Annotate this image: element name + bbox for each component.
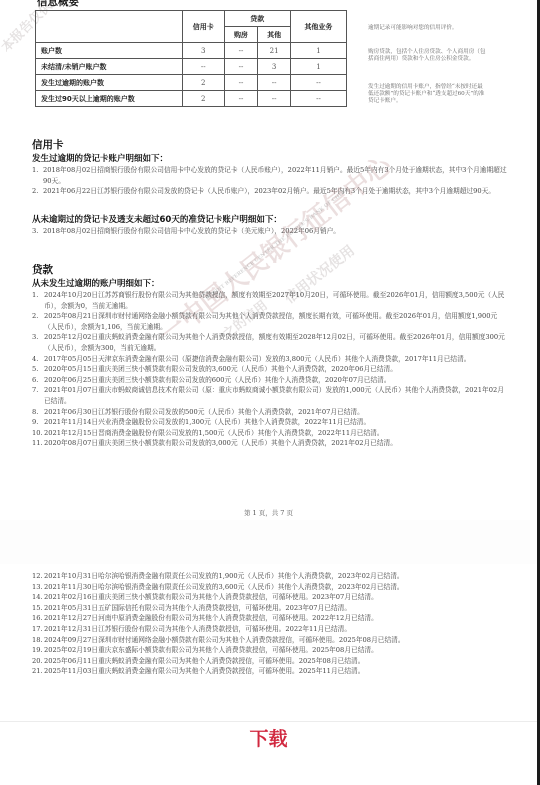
item-number: 4. bbox=[32, 354, 44, 365]
cell-credit-card: -- bbox=[182, 59, 224, 75]
item-text: 2018年08月02日招商银行股份有限公司信用卡中心发放的贷记卡（人民币账户），… bbox=[43, 165, 510, 186]
item-number: 12. bbox=[32, 571, 44, 582]
item-number: 21. bbox=[32, 666, 44, 677]
item-number: 2. bbox=[32, 311, 44, 332]
cell-other-business: 1 bbox=[290, 59, 346, 75]
list-item: 7.2021年01月07日重庆市蚂蚁商诚信息技术有限公司（原：重庆市蚂蚁商诚小额… bbox=[32, 385, 510, 406]
item-number: 7. bbox=[32, 385, 44, 406]
document-viewer[interactable]: 本报告仅供 信息概要 信用卡 贷款 其他业务 购房 其他 账户数 3 -- 21… bbox=[0, 0, 537, 785]
cell-other: -- bbox=[258, 75, 291, 91]
list-item: 18.2024年09月27日深圳市财付通网络金融小额贷款有限公司为其他个人消费贷… bbox=[32, 635, 510, 646]
list-item: 4.2017年05月05日天津京东消费金融有限公司（原捷信消费金融有限公司）发放… bbox=[32, 354, 510, 365]
loans-list-page2: 12.2021年10月31日哈尔滨哈银消费金融有限责任公司发放的1,900元（人… bbox=[32, 571, 510, 677]
summary-title: 信息概要 bbox=[37, 0, 79, 9]
loans-section-title: 贷款 bbox=[32, 262, 53, 277]
item-text: 2025年11月03日重庆蚂蚁消费金融有限公司为其他个人消费贷款授信，可循环使用… bbox=[44, 666, 510, 677]
item-number: 5. bbox=[32, 364, 44, 375]
item-number: 6. bbox=[32, 375, 44, 386]
item-number: 11. bbox=[32, 438, 44, 449]
item-text: 2025年12月02日重庆蚂蚁消费金融有限公司为其他个人消费贷款授信，额度有效期… bbox=[44, 332, 510, 353]
cell-other: 21 bbox=[258, 43, 291, 59]
list-item: 16.2021年12月27日河南中原消费金融股份有限公司为其他个人消费贷款授信，… bbox=[32, 613, 510, 624]
cell-housing: -- bbox=[224, 59, 258, 75]
report-page-1: 本报告仅供 信息概要 信用卡 贷款 其他业务 购房 其他 账户数 3 -- 21… bbox=[0, 0, 537, 520]
loans-clean-heading: 从未发生过逾期的账户明细如下： bbox=[32, 277, 160, 289]
item-number: 3. bbox=[32, 332, 44, 353]
item-number: 8. bbox=[32, 407, 44, 418]
list-item: 2.2025年08月21日深圳市财付通网络金融小额贷款有限公司为其他个人消费贷款… bbox=[32, 311, 510, 332]
list-item: 6.2020年06月25日重庆美团三快小额贷款有限公司发放的600元（人民币）其… bbox=[32, 375, 510, 386]
cell-credit-card: 2 bbox=[182, 91, 224, 107]
summary-row: 账户数 3 -- 21 1 bbox=[36, 43, 347, 59]
item-text: 2021年12月27日河南中原消费金融股份有限公司为其他个人消费贷款授信，可循环… bbox=[44, 613, 510, 624]
item-text: 2021年05月31日五矿国际信托有限公司为其他个人消费贷款授信，可循环使用。2… bbox=[44, 603, 510, 614]
item-text: 2021年12月31日江苏银行股份有限公司为其他个人消费贷款授信，可循环使用。2… bbox=[44, 624, 510, 635]
summary-corner-cell bbox=[36, 11, 183, 43]
item-text: 2021年11月14日兴业消费金融股份公司发放的1,300元（人民币）其他个人消… bbox=[44, 417, 510, 428]
credit-card-overdue-heading: 发生过逾期的贷记卡账户明细如下： bbox=[32, 152, 168, 164]
cell-other-business: 1 bbox=[290, 43, 346, 59]
item-text: 2021年01月07日重庆市蚂蚁商诚信息技术有限公司（原：重庆市蚂蚁商诚小额贷款… bbox=[44, 385, 510, 406]
header-loan-other: 其他 bbox=[258, 27, 291, 43]
item-number: 1. bbox=[32, 290, 44, 311]
row-label: 未结清/未销户账户数 bbox=[36, 59, 183, 75]
list-item: 20.2025年06月11日重庆蚂蚁消费金融有限公司为其他个人消费贷款授信，可循… bbox=[32, 656, 510, 667]
list-item: 14.2021年02月16日重庆美团三快小额贷款有限公司为其他个人消费贷款授信，… bbox=[32, 592, 510, 603]
list-item: 1. 2018年08月02日招商银行股份有限公司信用卡中心发放的贷记卡（人民币账… bbox=[32, 165, 510, 186]
credit-card-clean-list: 3. 2018年08月02日招商银行股份有限公司信用卡中心发放的贷记卡（美元账户… bbox=[32, 226, 510, 237]
cell-other: 3 bbox=[258, 59, 291, 75]
list-item: 1.2024年10月20日江苏苏商银行股份有限公司为其他贷款授信，额度有效期至2… bbox=[32, 290, 510, 311]
credit-card-clean-heading: 从未逾期过的贷记卡及透支未超过60天的准贷记卡账户明细如下： bbox=[32, 213, 282, 225]
header-loan-housing: 购房 bbox=[224, 27, 258, 43]
item-number: 1. bbox=[32, 165, 43, 186]
summary-row: 发生过逾期的账户数 2 -- -- -- bbox=[36, 75, 347, 91]
list-item: 19.2025年02月19日重庆京东盛际小额贷款有限公司为其他个人消费贷款授信，… bbox=[32, 645, 510, 656]
list-item: 12.2021年10月31日哈尔滨哈银消费金融有限责任公司发放的1,900元（人… bbox=[32, 571, 510, 582]
row-label: 账户数 bbox=[36, 43, 183, 59]
item-text: 2018年08月02日招商银行股份有限公司信用卡中心发放的贷记卡（美元账户），2… bbox=[43, 226, 510, 237]
item-text: 2021年06月22日江苏银行股份有限公司发放的贷记卡（人民币账户），2023年… bbox=[43, 186, 510, 197]
item-text: 2021年11月30日哈尔滨哈银消费金融有限责任公司发放的3,600元（人民币）… bbox=[44, 582, 510, 593]
summary-table: 信用卡 贷款 其他业务 购房 其他 账户数 3 -- 21 1 未结清/未销户账… bbox=[35, 10, 347, 107]
page-number-footer: 第 1 页，共 7 页 bbox=[0, 508, 537, 517]
download-button[interactable]: 下载 bbox=[243, 725, 293, 753]
item-text: 2017年05月05日天津京东消费金融有限公司（原捷信消费金融有限公司）发放的3… bbox=[44, 354, 510, 365]
cell-housing: -- bbox=[224, 43, 258, 59]
item-number: 16. bbox=[32, 613, 44, 624]
item-number: 18. bbox=[32, 635, 44, 646]
report-page-2: 12.2021年10月31日哈尔滨哈银消费金融有限责任公司发放的1,900元（人… bbox=[0, 564, 537, 722]
item-text: 2024年10月20日江苏苏商银行股份有限公司为其他贷款授信，额度有效期至202… bbox=[44, 290, 510, 311]
cell-credit-card: 3 bbox=[182, 43, 224, 59]
item-number: 15. bbox=[32, 603, 44, 614]
row-label: 发生过逾期的账户数 bbox=[36, 75, 183, 91]
header-credit-card: 信用卡 bbox=[182, 11, 224, 43]
item-text: 2021年02月16日重庆美团三快小额贷款有限公司为其他个人消费贷款授信，可循环… bbox=[44, 592, 510, 603]
item-text: 2025年02月19日重庆京东盛际小额贷款有限公司为其他个人消费贷款授信，可循环… bbox=[44, 645, 510, 656]
cell-other: -- bbox=[258, 91, 291, 107]
item-text: 2021年06月30日江苏银行股份有限公司发放的500元（人民币）其他个人消费贷… bbox=[44, 407, 510, 418]
item-text: 2020年08月07日重庆美团三快小额贷款有限公司发放的3,000元（人民币）其… bbox=[44, 438, 510, 449]
item-text: 2021年10月31日哈尔滨哈银消费金融有限责任公司发放的1,900元（人民币）… bbox=[44, 571, 510, 582]
cell-other-business: -- bbox=[290, 75, 346, 91]
list-item: 3. 2018年08月02日招商银行股份有限公司信用卡中心发放的贷记卡（美元账户… bbox=[32, 226, 510, 237]
page-separator bbox=[0, 520, 537, 564]
list-item: 10.2021年12月15日晋商消费金融股份有限公司发放的1,500元（人民币）… bbox=[32, 428, 510, 439]
list-item: 21.2025年11月03日重庆蚂蚁消费金融有限公司为其他个人消费贷款授信，可循… bbox=[32, 666, 510, 677]
item-number: 10. bbox=[32, 428, 44, 439]
header-other-business: 其他业务 bbox=[290, 11, 346, 43]
list-item: 9.2021年11月14日兴业消费金融股份公司发放的1,300元（人民币）其他个… bbox=[32, 417, 510, 428]
download-bar: 下载 bbox=[0, 722, 537, 785]
credit-card-section-title: 信用卡 bbox=[32, 137, 64, 152]
item-number: 3. bbox=[32, 226, 43, 237]
list-item: 5.2020年05月15日重庆美团三快小额贷款有限公司发放的3,600元（人民币… bbox=[32, 364, 510, 375]
item-number: 19. bbox=[32, 645, 44, 656]
list-item: 3.2025年12月02日重庆蚂蚁消费金融有限公司为其他个人消费贷款授信，额度有… bbox=[32, 332, 510, 353]
list-item: 13.2021年11月30日哈尔滨哈银消费金融有限责任公司发放的3,600元（人… bbox=[32, 582, 510, 593]
item-text: 2025年08月21日深圳市财付通网络金融小额贷款有限公司为其他个人消费贷款授信… bbox=[44, 311, 510, 332]
cell-housing: -- bbox=[224, 91, 258, 107]
item-number: 20. bbox=[32, 656, 44, 667]
header-loan: 贷款 bbox=[224, 11, 290, 27]
list-item: 11.2020年08月07日重庆美团三快小额贷款有限公司发放的3,000元（人民… bbox=[32, 438, 510, 449]
watermark-center-en: CREDIT REFERENCE CENTER THE PEOPLE'S BAN… bbox=[205, 187, 350, 302]
item-text: 2020年05月15日重庆美团三快小额贷款有限公司发放的3,600元（人民币）其… bbox=[44, 364, 510, 375]
item-number: 17. bbox=[32, 624, 44, 635]
item-text: 2024年09月27日深圳市财付通网络金融小额贷款有限公司为其他个人消费贷款授信… bbox=[44, 635, 510, 646]
list-item: 15.2021年05月31日五矿国际信托有限公司为其他个人消费贷款授信，可循环使… bbox=[32, 603, 510, 614]
summary-row: 发生过90天以上逾期的账户数 2 -- -- -- bbox=[36, 91, 347, 107]
item-number: 2. bbox=[32, 186, 43, 197]
summary-note-housing: 购房贷款，包括个人住房贷款、个人商用房（包括商住两用）贷款和个人住房公积金贷款。 bbox=[368, 49, 486, 63]
cell-housing: -- bbox=[224, 75, 258, 91]
item-text: 2025年06月11日重庆蚂蚁消费金融有限公司为其他个人消费贷款授信，可循环使用… bbox=[44, 656, 510, 667]
cell-credit-card: 2 bbox=[182, 75, 224, 91]
list-item: 17.2021年12月31日江苏银行股份有限公司为其他个人消费贷款授信，可循环使… bbox=[32, 624, 510, 635]
credit-card-overdue-list: 1. 2018年08月02日招商银行股份有限公司信用卡中心发放的贷记卡（人民币账… bbox=[32, 165, 510, 197]
item-number: 13. bbox=[32, 582, 44, 593]
row-label: 发生过90天以上逾期的账户数 bbox=[36, 91, 183, 107]
item-number: 14. bbox=[32, 592, 44, 603]
cell-other-business: -- bbox=[290, 91, 346, 107]
summary-note-overdue: 逾期记录可能影响对您的信用评价。 bbox=[368, 25, 486, 32]
item-text: 2020年06月25日重庆美团三快小额贷款有限公司发放的600元（人民币）其他个… bbox=[44, 375, 510, 386]
summary-note-credit-overdue: 发生过逾期的信用卡账户，指曾经“未按时还最低还款额”的贷记卡账户和“透支超过60… bbox=[368, 84, 486, 105]
item-text: 2021年12月15日晋商消费金融股份有限公司发放的1,500元（人民币）其他个… bbox=[44, 428, 510, 439]
item-number: 9. bbox=[32, 417, 44, 428]
summary-row: 未结清/未销户账户数 -- -- 3 1 bbox=[36, 59, 347, 75]
loans-list-page1: 1.2024年10月20日江苏苏商银行股份有限公司为其他贷款授信，额度有效期至2… bbox=[32, 290, 510, 449]
list-item: 8.2021年06月30日江苏银行股份有限公司发放的500元（人民币）其他个人消… bbox=[32, 407, 510, 418]
list-item: 2. 2021年06月22日江苏银行股份有限公司发放的贷记卡（人民币账户），20… bbox=[32, 186, 510, 197]
